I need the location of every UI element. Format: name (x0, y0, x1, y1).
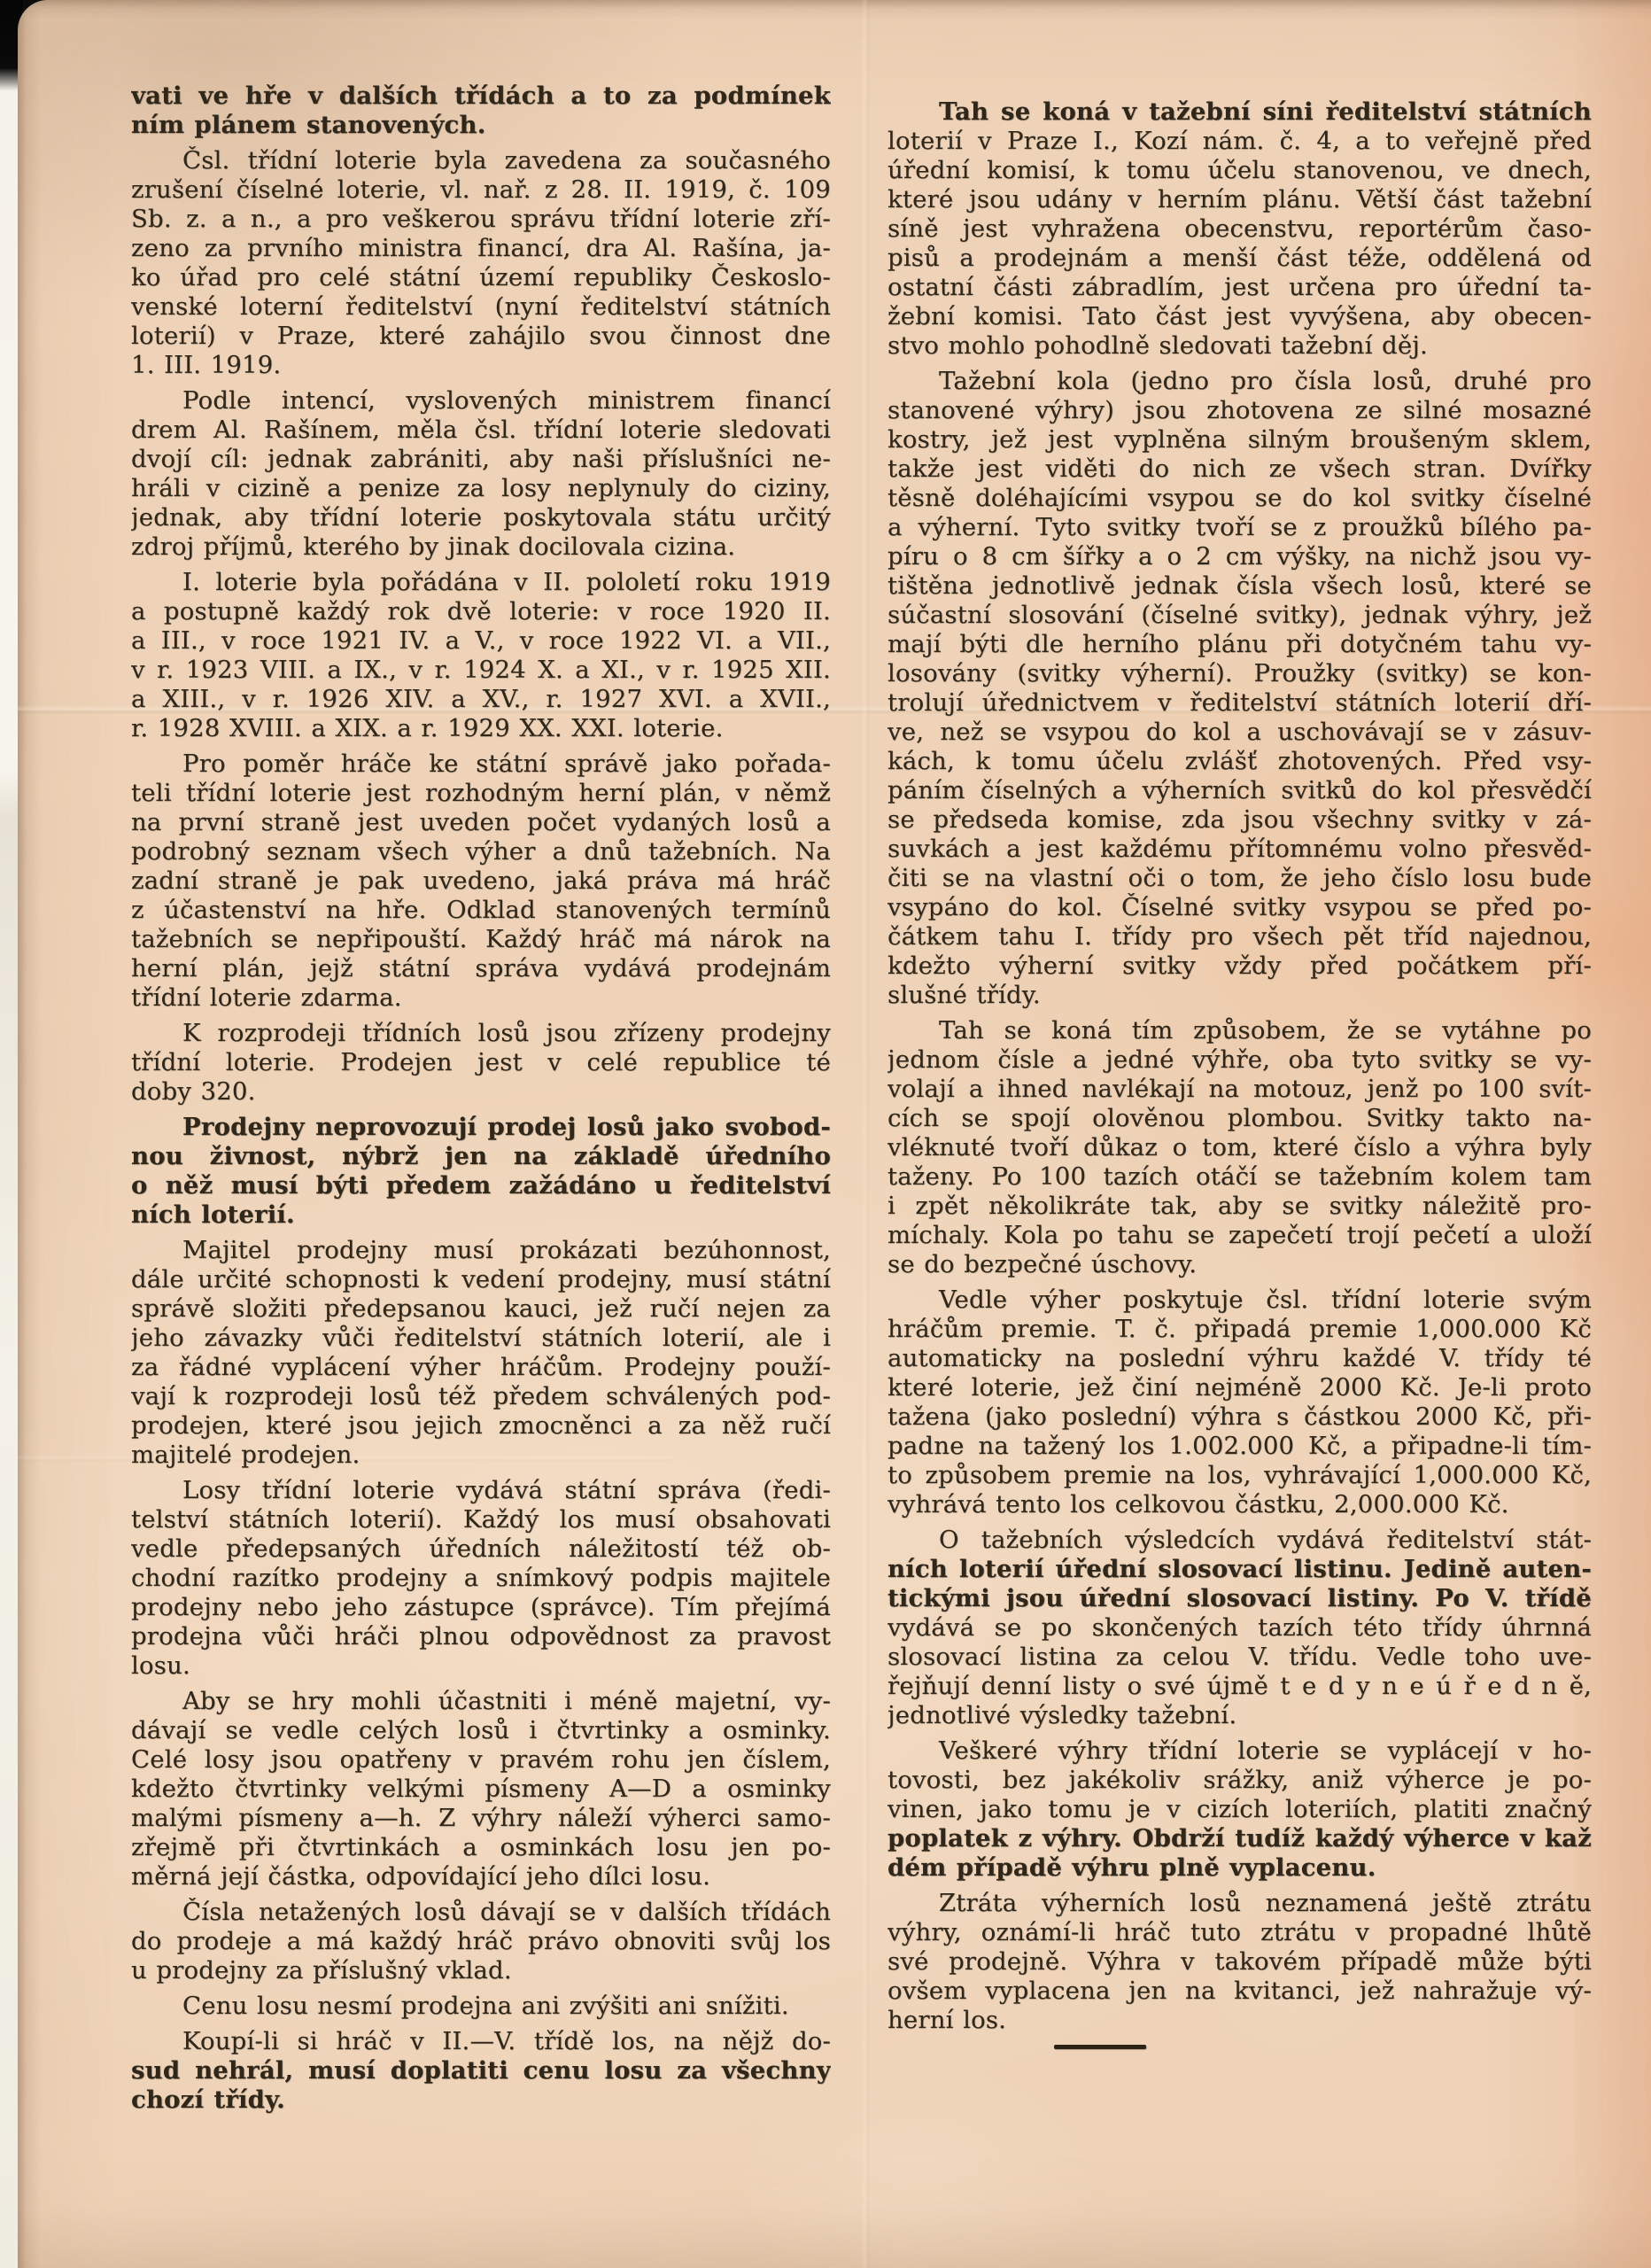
paragraph: Tah se koná tím způsobem, že se vytáhne … (888, 1016, 1592, 1279)
text-line: vydává se po skončených tazích této tříd… (888, 1613, 1592, 1643)
text-line: Koupí-li si hráč v II.—V. třídě los, na … (131, 2027, 831, 2056)
text-line: Celé losy jsou opatřeny v pravém rohu je… (131, 1745, 831, 1775)
paragraph: Tah se koná v tažební síni ředitelství s… (888, 97, 1592, 361)
text-line: páním číselných a výherních svitků do ko… (888, 776, 1592, 805)
text-line: súčastní slosování (číselné svitky), jed… (888, 601, 1592, 630)
text-line: taženy. Po 100 tazích otáčí se tažebním … (888, 1162, 1592, 1192)
text-line: správě složiti předepsanou kauci, jež ru… (131, 1294, 831, 1324)
paragraph: Losy třídní loterie vydává státní správa… (131, 1476, 831, 1681)
text-line: stvo mohlo pohodlně sledovati tažební dě… (888, 331, 1592, 361)
text-line: dávají se vedle celých losů i čtvrtinky … (131, 1716, 831, 1745)
section-divider-rule (1054, 2045, 1146, 2049)
paragraph: Veškeré výhry třídní loterie se vyplácej… (888, 1736, 1592, 1883)
text-line: Prodejny neprovozují prodej losů jako sv… (131, 1113, 831, 1142)
text-line: Losy třídní loterie vydává státní správa… (131, 1476, 831, 1505)
text-line: Sb. z. a n., a pro veškerou správu třídn… (131, 205, 831, 234)
text-line: v r. 1923 VIII. a IX., v r. 1924 X. a XI… (131, 656, 831, 685)
paragraph: Tažební kola (jedno pro čísla losů, druh… (888, 367, 1592, 1010)
text-line: a XIII., v r. 1926 XIV. a XV., r. 1927 X… (131, 685, 831, 714)
text-line: Tah se koná tím způsobem, že se vytáhne … (888, 1016, 1592, 1045)
text-line: prodejna vůči hráči plnou odpovědnost za… (131, 1622, 831, 1651)
text-line: Aby se hry mohli účastniti i méně majetn… (131, 1687, 831, 1716)
text-line: podrobný seznam všech výher a dnů tažebn… (131, 837, 831, 866)
text-line: vyhrává tento los celkovou částku, 2,000… (888, 1490, 1592, 1519)
text-line: majitelé prodejen. (131, 1441, 831, 1470)
text-line: které jsou udány v herním plánu. Větší č… (888, 185, 1592, 214)
text-line: loterií v Praze I., Kozí nám. č. 4, a to… (888, 127, 1592, 156)
text-line: pisů a prodejnám a menší část téže, oddě… (888, 244, 1592, 273)
text-column-right: Tah se koná v tažební síni ředitelství s… (888, 97, 1592, 2041)
text-line: teli třídní loterie jest rozhodným herní… (131, 779, 831, 808)
text-line: do prodeje a má každý hráč právo obnovit… (131, 1927, 831, 1956)
text-line: I. loterie byla pořádána v II. pololetí … (131, 568, 831, 597)
text-line: padne na tažený los 1.002.000 Kč, a přip… (888, 1432, 1592, 1461)
text-line: ovšem vyplacena jen na kvitanci, jež nah… (888, 1977, 1592, 2006)
text-line: dvojí cíl: jednak zabrániti, aby naši př… (131, 445, 831, 474)
paragraph: Pro poměr hráče ke státní správě jako po… (131, 750, 831, 1013)
text-line: na první straně jest uveden počet vydaný… (131, 808, 831, 837)
text-line: Tah se koná v tažební síni ředitelství s… (888, 97, 1592, 127)
paragraph: Prodejny neprovozují prodej losů jako sv… (131, 1113, 831, 1230)
text-line: z účastenství na hře. Odklad stanovených… (131, 896, 831, 925)
text-line: sud nehrál, musí doplatiti cenu losu za … (131, 2056, 831, 2085)
text-line: stanovené výhry) jsou zhotovena ze silné… (888, 396, 1592, 425)
text-line: herní plán, jejž státní správa vydává pr… (131, 954, 831, 983)
text-line: O tažebních výsledcích vydává ředitelstv… (888, 1526, 1592, 1555)
paragraph: O tažebních výsledcích vydává ředitelstv… (888, 1526, 1592, 1730)
text-line: vati ve hře v dalších třídách a to za po… (131, 82, 831, 111)
text-line: prodejny nebo jeho zástupce (správce). T… (131, 1593, 831, 1622)
text-line: jednom čísle a jedné výhře, oba tyto svi… (888, 1045, 1592, 1075)
text-line: i zpět několikráte tak, aby se svitky ná… (888, 1192, 1592, 1221)
text-line: Podle intencí, vyslovených ministrem fin… (131, 386, 831, 416)
text-line: zeno za prvního ministra financí, dra Al… (131, 234, 831, 263)
text-line: dále určité schopnosti k vedení prodejny… (131, 1265, 831, 1294)
text-line: o něž musí býti předem zažádáno u ředite… (131, 1171, 831, 1200)
text-line: ním plánem stanovených. (131, 111, 831, 140)
text-line: vsypáno do kol. Číselné svitky vsypou se… (888, 893, 1592, 922)
text-line: mají býti dle herního plánu při dotyčném… (888, 630, 1592, 659)
text-line: tažena (jako poslední) výhra s částkou 2… (888, 1402, 1592, 1432)
text-line: síně jest vyhražena obecenstvu, reportér… (888, 214, 1592, 244)
paragraph: Ztráta výherních losů neznamená ještě zt… (888, 1889, 1592, 2035)
text-line: slosovací listina za celou V. třídu. Ved… (888, 1643, 1592, 1672)
text-line: jednotlivé výsledky tažební. (888, 1701, 1592, 1730)
text-line: úřední komisí, k tomu účelu stanovenou, … (888, 156, 1592, 185)
fold-crease-vertical (861, 0, 870, 2268)
text-line: telství státních loterií). Každý los mus… (131, 1505, 831, 1534)
text-line: žební komisi. Tato část jest vyvýšena, a… (888, 302, 1592, 331)
text-line: ních loterií úřední slosovací listinu. J… (888, 1555, 1592, 1584)
text-line: své prodejně. Výhra v takovém případě mů… (888, 1947, 1592, 1977)
text-line: Pro poměr hráče ke státní správě jako po… (131, 750, 831, 779)
text-line: čiti se na vlastní oči o tom, že jeho čí… (888, 864, 1592, 893)
text-line: vléknuté tvoří důkaz o tom, které číslo … (888, 1133, 1592, 1162)
text-line: tickými jsou úřední slosovací listiny. P… (888, 1584, 1592, 1613)
paragraph: Koupí-li si hráč v II.—V. třídě los, na … (131, 2027, 831, 2115)
text-line: zadní straně je pak uvedeno, jaká práva … (131, 866, 831, 896)
text-line: ve, než se vsypou do kol a uschovávají s… (888, 718, 1592, 747)
text-line: Ztráta výherních losů neznamená ještě zt… (888, 1889, 1592, 1918)
text-line: jednak, aby třídní loterie poskytovala s… (131, 503, 831, 532)
text-line: ostatní části zábradlím, jest určena pro… (888, 273, 1592, 302)
paragraph: Čísla netažených losů dávají se v dalšíc… (131, 1898, 831, 1985)
text-line: kostry, jež jest vyplněna silným broušen… (888, 425, 1592, 454)
text-line: Čsl. třídní loterie byla zavedena za sou… (131, 146, 831, 175)
text-line: a výherní. Tyto svitky tvoří se z proužk… (888, 513, 1592, 542)
text-line: K rozprodeji třídních losů jsou zřízeny … (131, 1019, 831, 1048)
text-line: drem Al. Rašínem, měla čsl. třídní loter… (131, 416, 831, 445)
text-line: za řádné vyplácení výher hráčům. Prodejn… (131, 1353, 831, 1382)
text-line: to způsobem premie na los, vyhrávající 1… (888, 1461, 1592, 1490)
text-line: losu. (131, 1651, 831, 1681)
text-line: zdroj příjmů, kterého by jinak dociloval… (131, 532, 831, 562)
text-line: kách, k tomu účelu zvlášť zhotovených. P… (888, 747, 1592, 776)
text-line: řejňují denní listy o své újmě t e d y n… (888, 1672, 1592, 1701)
text-line: poplatek z výhry. Obdrží tudíž každý výh… (888, 1824, 1592, 1853)
text-line: losovány (svitky výherní). Proužky (svit… (888, 659, 1592, 688)
text-line: čátkem tahu I. třídy pro všech pět tříd … (888, 922, 1592, 951)
text-line: u prodejny za příslušný vklad. (131, 1956, 831, 1985)
paragraph: Cenu losu nesmí prodejna ani zvýšiti ani… (131, 1992, 831, 2021)
text-line: Tažební kola (jedno pro čísla losů, druh… (888, 367, 1592, 396)
text-line: píru o 8 cm šířky a o 2 cm výšky, na nic… (888, 542, 1592, 571)
text-line: takže jest viděti do nich ze všech stran… (888, 454, 1592, 484)
text-line: Vedle výher poskytuje čsl. třídní loteri… (888, 1285, 1592, 1315)
text-line: těsně doléhajícími vsypou se do kol svit… (888, 484, 1592, 513)
text-line: r. 1928 XVIII. a XIX. a r. 1929 XX. XXI.… (131, 714, 831, 743)
text-column-left: vati ve hře v dalších třídách a to za po… (131, 82, 831, 2121)
text-line: měrná její částka, odpovídající jeho díl… (131, 1862, 831, 1891)
text-line: automaticky na poslední výhru každé V. t… (888, 1344, 1592, 1373)
text-line: prodejen, které jsou jejich zmocněnci a … (131, 1411, 831, 1441)
text-line: ních loterií. (131, 1200, 831, 1230)
text-line: vedle předepsaných úředních náležitostí … (131, 1534, 831, 1564)
text-line: loterií) v Praze, které zahájilo svou či… (131, 322, 831, 351)
text-line: a III., v roce 1921 IV. a V., v roce 192… (131, 626, 831, 656)
paragraph: K rozprodeji třídních losů jsou zřízeny … (131, 1019, 831, 1107)
text-line: suvkách a jest každému přítomnému volno … (888, 835, 1592, 864)
paragraph: I. loterie byla pořádána v II. pololetí … (131, 568, 831, 743)
text-line: kdežto čtvrtinky velkými písmeny A—D a o… (131, 1775, 831, 1804)
text-line: nou živnost, nýbrž jen na základě úřední… (131, 1142, 831, 1171)
paragraph: Čsl. třídní loterie byla zavedena za sou… (131, 146, 831, 380)
text-line: Veškeré výhry třídní loterie se vyplácej… (888, 1736, 1592, 1766)
text-line: volají a ihned navlékají na motouz, jenž… (888, 1075, 1592, 1104)
text-line: cích se spojí olověnou plombou. Svitky t… (888, 1104, 1592, 1133)
text-line: třídní loterie zdarma. (131, 983, 831, 1013)
text-line: třídní loterie. Prodejen jest v celé rep… (131, 1048, 831, 1077)
text-line: hráčům premie. T. č. připadá premie 1,00… (888, 1315, 1592, 1344)
text-line: herní los. (888, 2006, 1592, 2035)
paragraph: Aby se hry mohli účastniti i méně majetn… (131, 1687, 831, 1891)
paragraph: vati ve hře v dalších třídách a to za po… (131, 82, 831, 140)
text-line: ko úřad pro celé státní území republiky … (131, 263, 831, 292)
text-line: výhry, oznámí-li hráč tuto ztrátu v prop… (888, 1918, 1592, 1947)
text-line: Čísla netažených losů dávají se v dalšíc… (131, 1898, 831, 1927)
text-line: zrušení číselné loterie, vl. nař. z 28. … (131, 175, 831, 205)
text-line: se předseda komise, zda jsou všechny svi… (888, 805, 1592, 835)
text-line: kdežto výherní svitky vždy před počátkem… (888, 951, 1592, 981)
text-line: dém případě výhru plně vyplacenu. (888, 1853, 1592, 1883)
text-line: malými písmeny a—h. Z výhry náleží výher… (131, 1804, 831, 1833)
text-line: trolují úřednictvem v ředitelství státní… (888, 688, 1592, 718)
text-line: zřejmě při čtvrtinkách a osminkách losu … (131, 1833, 831, 1862)
text-line: vinen, jako tomu je v cizích loteriích, … (888, 1795, 1592, 1824)
text-line: se do bezpečné úschovy. (888, 1250, 1592, 1279)
paragraph: Vedle výher poskytuje čsl. třídní loteri… (888, 1285, 1592, 1519)
text-line: tištěna jednotlivě jednak čísla všech lo… (888, 571, 1592, 601)
text-line: vají k rozprodeji losů též předem schvál… (131, 1382, 831, 1411)
text-line: míchaly. Kola po tahu se zapečetí trojí … (888, 1221, 1592, 1250)
text-line: Cenu losu nesmí prodejna ani zvýšiti ani… (131, 1992, 831, 2021)
text-line: a postupně každý rok dvě loterie: v roce… (131, 597, 831, 626)
text-line: venské loterní ředitelství (nyní ředitel… (131, 292, 831, 322)
text-line: doby 320. (131, 1077, 831, 1107)
text-line: tažebních se nepřipouští. Každý hráč má … (131, 925, 831, 954)
paragraph: Majitel prodejny musí prokázati bezúhonn… (131, 1236, 831, 1470)
text-line: chozí třídy. (131, 2085, 831, 2115)
scanned-document-page: vati ve hře v dalších třídách a to za po… (0, 0, 1651, 2268)
text-line: 1. III. 1919. (131, 351, 831, 380)
text-line: které loterie, jež činí nejméně 2000 Kč.… (888, 1373, 1592, 1402)
text-line: slušné třídy. (888, 981, 1592, 1010)
text-line: Majitel prodejny musí prokázati bezúhonn… (131, 1236, 831, 1265)
text-line: tovosti, bez jakékoliv srážky, aniž výhe… (888, 1766, 1592, 1795)
text-line: jeho závazky vůči ředitelství státních l… (131, 1324, 831, 1353)
text-line: hráli v cizině a penize za losy neplynul… (131, 474, 831, 503)
text-line: chodní razítko prodejny a snímkový podpi… (131, 1564, 831, 1593)
paragraph: Podle intencí, vyslovených ministrem fin… (131, 386, 831, 562)
